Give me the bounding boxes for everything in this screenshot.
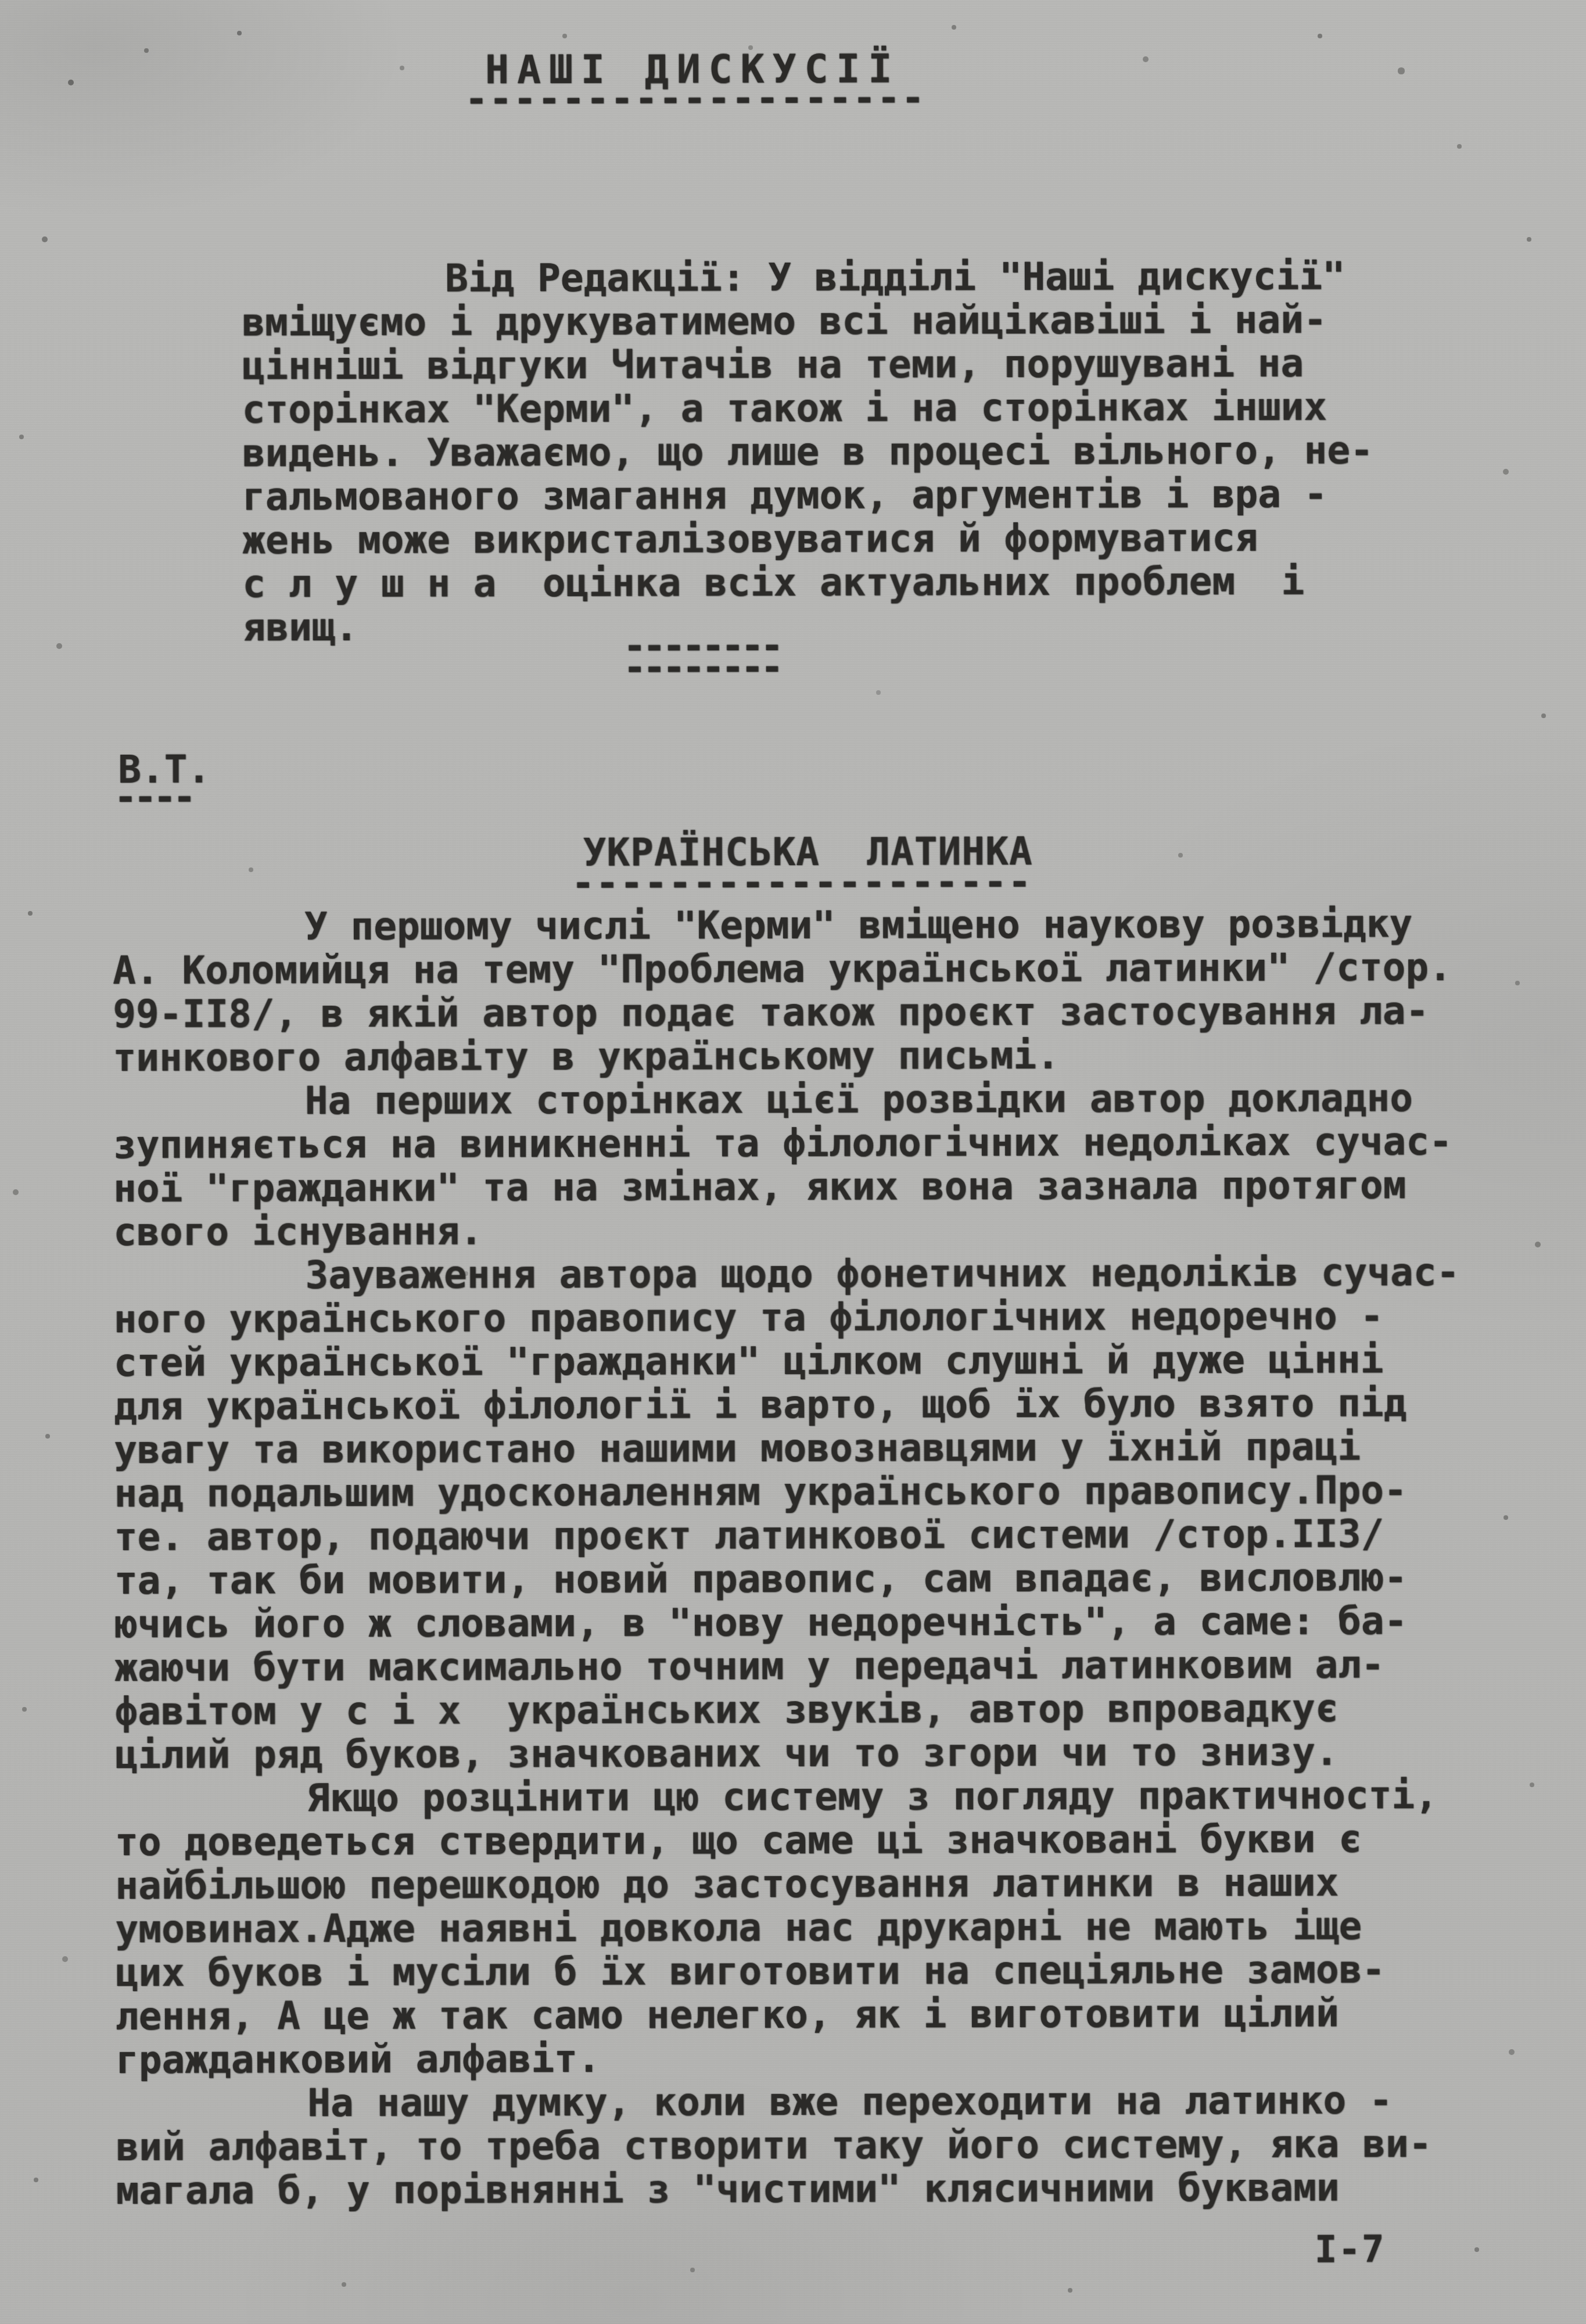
author-underline: ---- [114, 774, 192, 819]
body-line: свого існування. [113, 1207, 1459, 1254]
section-separator: -------- -------- [623, 634, 780, 678]
body-line: найбільшою перешкодою до застосування ла… [115, 1860, 1461, 1907]
page-content: НАШІ ДИСКУСІЇ ------------------- Від Ре… [0, 0, 1586, 2324]
body-line: ного українського правопису та філологіч… [114, 1294, 1460, 1341]
body-line: над подальшим удосконаленням українськог… [114, 1468, 1460, 1515]
editorial-note: Від Редакції: У відділі "Наші дискусії" … [242, 254, 1374, 649]
editorial-line: Від Редакції: У відділі "Наші дискусії" [242, 254, 1373, 300]
editorial-line: гальмованого змагання думок, аргументів … [242, 472, 1373, 518]
article-body: У першому числі "Керми" вміщено наукову … [113, 902, 1462, 2212]
masthead-underline: ------------------- [465, 75, 925, 121]
body-line: магала б, у порівнянні з "чистими" кляси… [116, 2165, 1462, 2212]
body-line: вий алфавіт, то треба створити таку його… [116, 2122, 1462, 2169]
body-line: умовинах.Адже наявні довкола нас друкарн… [115, 1904, 1461, 1951]
body-line: Якщо розцінити цю систему з погляду прак… [115, 1773, 1461, 1820]
scanned-typewritten-page: НАШІ ДИСКУСІЇ ------------------- Від Ре… [0, 0, 1586, 2324]
body-line: ної "гражданки" та на змінах, яких вона … [113, 1163, 1459, 1210]
body-line: Зауваження автора щодо фонетичних недолі… [113, 1250, 1459, 1297]
editorial-line: цінніші відгуки Читачів на теми, порушув… [242, 341, 1373, 388]
body-line: гражданковий алфавіт. [116, 2035, 1462, 2082]
separator-row: -------- [623, 656, 780, 678]
body-line: цілий ряд буков, значкованих чи то згори… [115, 1730, 1461, 1777]
editorial-line: видень. Уважаємо, що лише в процесі віль… [242, 428, 1373, 475]
body-line: те. автор, подаючи проєкт латинкової сис… [114, 1512, 1461, 1559]
body-line: На нашу думку, коли вже переходити на ла… [116, 2078, 1462, 2125]
editorial-line: сторінках "Керми", а також і на сторінка… [242, 385, 1373, 431]
body-line: На перших сторінках цієї розвідки автор … [113, 1076, 1459, 1123]
body-line: цих буков і мусіли б їх виготовити на сп… [116, 1948, 1462, 1995]
editorial-line: жень може викристалізовуватися й формува… [242, 515, 1373, 562]
body-line: для української філології і варто, щоб ї… [114, 1381, 1460, 1428]
body-line: А. Коломийця на тему "Проблема українськ… [113, 945, 1459, 992]
page-number: І-7 [1315, 2228, 1386, 2271]
body-line: ючись його ж словами, в "нову недоречніс… [114, 1599, 1461, 1646]
editorial-line: с л у ш н а оцінка всіх актуальних пробл… [242, 559, 1373, 605]
editorial-line: явищ. [242, 602, 1373, 649]
editorial-line: вміщуємо і друкуватимемо всі найцікавіші… [242, 297, 1373, 344]
body-line: фавітом у с і х українських звуків, авто… [114, 1686, 1461, 1733]
body-line: то доведеться ствердити, що саме ці знач… [115, 1817, 1461, 1864]
body-line: та, так би мовити, новий правопис, сам в… [114, 1555, 1461, 1602]
body-line: лення, А це ж так само нелегко, як і виг… [116, 1991, 1462, 2038]
body-line: зупиняється на виникненні та філологічни… [113, 1120, 1459, 1167]
article-title-underline: ------------------- [572, 859, 1032, 905]
body-line: жаючи бути максимально точним у передачі… [114, 1642, 1461, 1690]
body-line: тинкового алфавіту в українському письмі… [113, 1032, 1459, 1079]
body-line: У першому числі "Керми" вміщено наукову … [113, 902, 1459, 949]
body-line: 99-ІІ8/, в якій автор подає також проєкт… [113, 989, 1459, 1036]
body-line: стей української "гражданки" цілком слуш… [114, 1337, 1460, 1385]
body-line: увагу та використано нашими мовознавцями… [114, 1425, 1460, 1472]
